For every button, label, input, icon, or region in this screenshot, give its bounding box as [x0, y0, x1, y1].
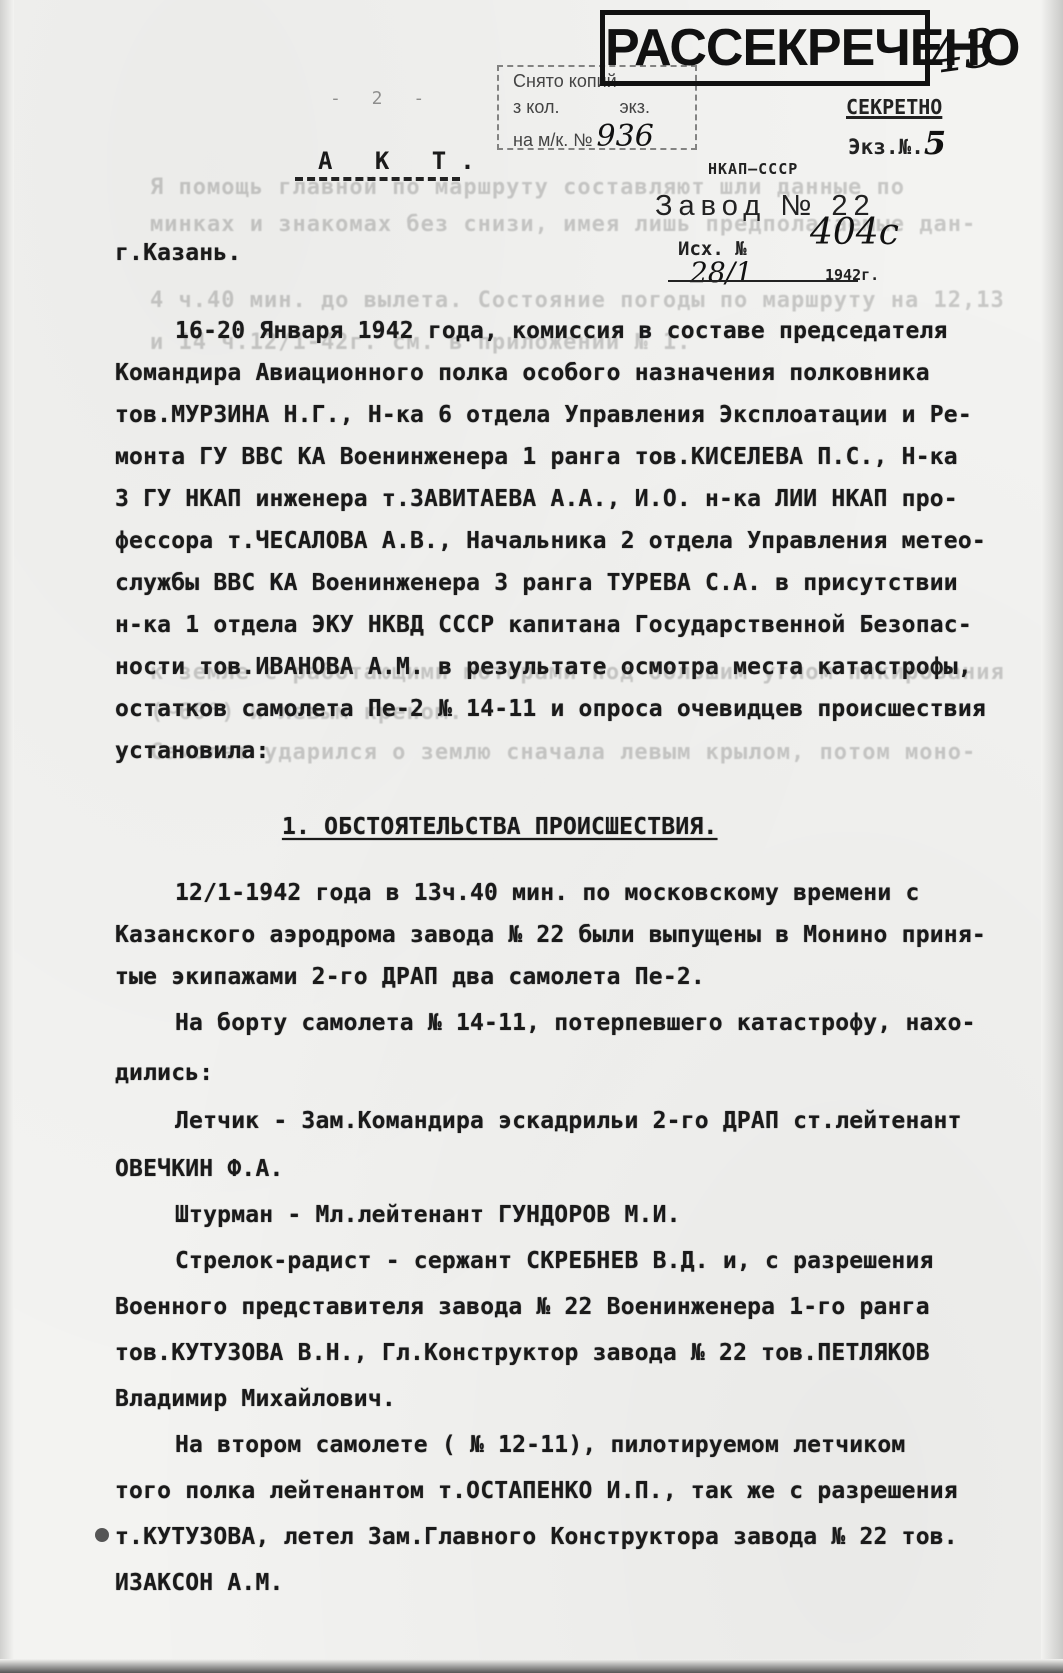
body-line: Летчик - Зам.Командира эскадрильи 2-го Д… [175, 1108, 962, 1134]
copies-stamp-line3-label: на м/к. № [513, 130, 593, 150]
body-line: На втором самолете ( № 12-11), пилотируе… [175, 1432, 905, 1458]
secrecy-label: СЕКРЕТНО [846, 95, 942, 119]
body-line: Штурман - Мл.лейтенант ГУНДОРОВ М.И. [175, 1202, 681, 1228]
page-edge-left [0, 0, 14, 1673]
document-page: Я помощь главной по маршруту составляют … [0, 0, 1063, 1673]
intro-line: тов.МУРЗИНА Н.Г., Н-ка 6 отдела Управлен… [115, 402, 972, 428]
intro-line: фессора т.ЧЕСАЛОВА А.В., Начальника 2 от… [115, 528, 986, 554]
copies-stamp-number: 936 [597, 119, 654, 154]
copies-stamp-line2: з кол.экз. [513, 97, 650, 118]
intro-line: ности тов.ИВАНОВА А.М. в результате осмо… [115, 654, 972, 680]
place: г.Казань. [115, 240, 241, 266]
declassified-stamp: РАССЕКРЕЧЕНО [600, 10, 930, 86]
intro-line: н-ка 1 отдела ЭКУ НКВД СССР капитана Гос… [115, 612, 972, 638]
body-line: 12/1-1942 года в 13ч.40 мин. по московск… [175, 880, 920, 906]
document-title: А К Т. [318, 147, 489, 175]
body-line: Казанского аэродрома завода № 22 были вы… [115, 922, 986, 948]
intro-line: установила: [115, 738, 270, 764]
body-line: тов.КУТУЗОВА В.Н., Гл.Конструктор завода… [115, 1340, 930, 1366]
outgoing-number: 404с [810, 212, 899, 253]
body-line: тые экипажами 2-го ДРАП два самолета Пе-… [115, 964, 705, 990]
intro-line: 3 ГУ НКАП инженера т.ЗАВИТАЕВА А.А., И.О… [115, 486, 958, 512]
body-line: дились: [115, 1060, 213, 1086]
intro-line: монта ГУ ВВС КА Военинженера 1 ранга тов… [115, 444, 958, 470]
copies-stamp-line2-suffix: экз. [619, 97, 650, 117]
outgoing-year: 1942г. [825, 266, 879, 284]
factory-registration-stamp: НКАП—СССР Завод № 22 Исх. № 404с 28/1 19… [650, 150, 910, 295]
intro-line: службы ВВС КА Военинженера 3 ранга ТУРЕВ… [115, 570, 958, 596]
body-line: того полка лейтенантом т.ОСТАПЕНКО И.П.,… [115, 1478, 958, 1504]
copies-stamp-line2-label: з кол. [513, 97, 559, 117]
body-line: т.КУТУЗОВА, летел Зам.Главного Конструкт… [115, 1524, 958, 1550]
body-line: Стрелок-радист - сержант СКРЕБНЕВ В.Д. и… [175, 1248, 934, 1274]
intro-line: остатков самолета Пе-2 № 14-11 и опроса … [115, 696, 986, 722]
copy-number-value: 5 [924, 124, 946, 162]
intro-line: Командира Авиационного полка особого наз… [115, 360, 930, 386]
body-line: ОВЕЧКИН Ф.А. [115, 1156, 284, 1182]
binder-hole-mark [95, 1528, 109, 1542]
intro-line: 16-20 Января 1942 года, комиссия в соста… [175, 318, 948, 344]
bleed-through-text: Самолет ударился о землю сначала левым к… [150, 740, 976, 765]
body-line: Военного представителя завода № 22 Воени… [115, 1294, 930, 1320]
page-edge-bottom [0, 1659, 1063, 1673]
page-edge-right [1041, 0, 1063, 1673]
handwritten-sheet-number: 43 [926, 18, 1000, 87]
body-line: Владимир Михайлович. [115, 1386, 396, 1412]
body-line: ИЗАКСОН А.М. [115, 1570, 284, 1596]
factory-name-label: Завод [655, 190, 766, 222]
copies-stamp-line3: на м/к. №936 [513, 119, 654, 154]
outgoing-date: 28/1 [690, 256, 753, 289]
title-underline [295, 177, 460, 181]
section-heading: 1. ОБСТОЯТЕЛЬСТВА ПРОИСШЕСТВИЯ. [282, 814, 717, 840]
page-marker: - 2 - [330, 88, 434, 109]
factory-org: НКАП—СССР [708, 160, 798, 178]
body-line: На борту самолета № 14-11, потерпевшего … [175, 1010, 976, 1036]
